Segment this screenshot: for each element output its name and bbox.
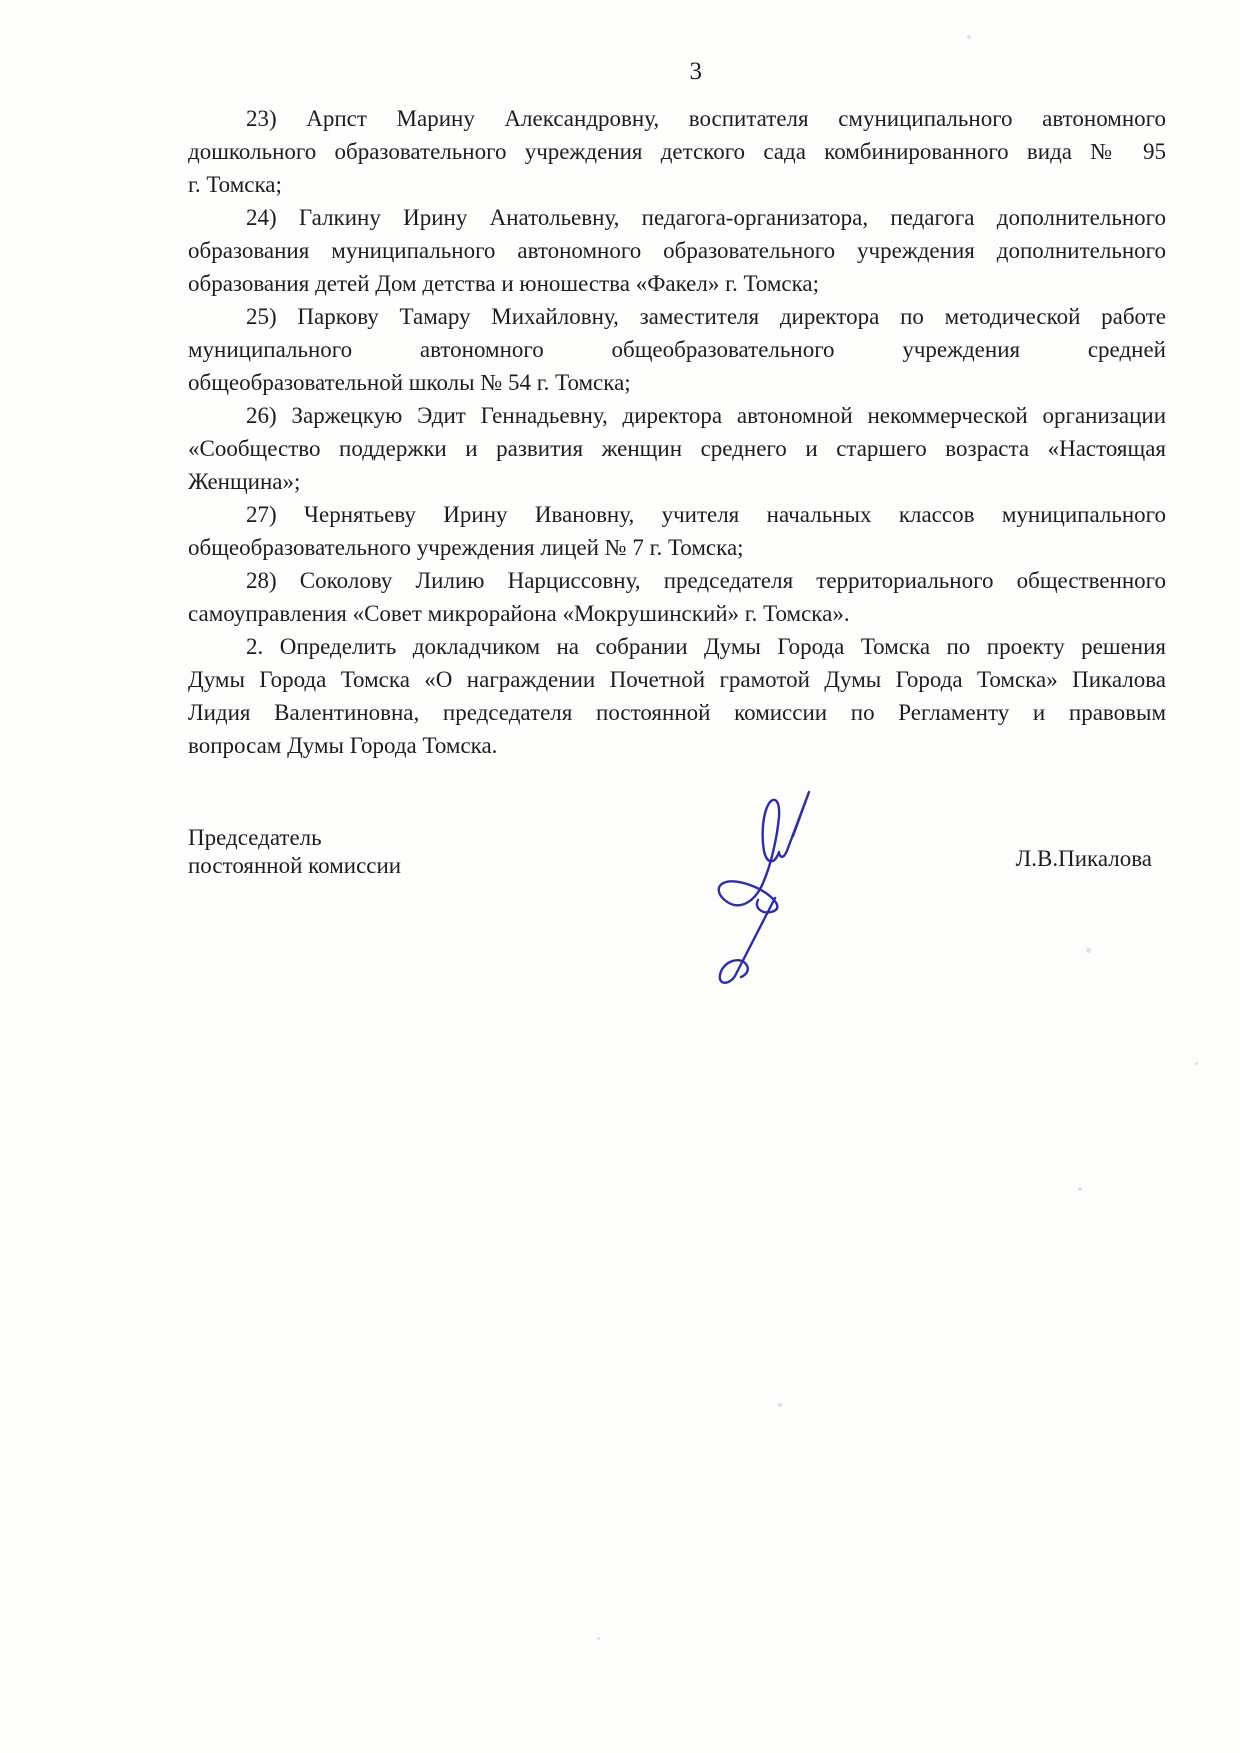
text-line: самоуправления «Совет микрорайона «Мокру… — [188, 597, 1166, 630]
paragraph-item-28: 28) Соколову Лилию Нарциссовну, председа… — [188, 564, 1166, 630]
text-line: Лидия Валентиновна, председателя постоян… — [188, 696, 1166, 729]
text-line: общеобразовательной школы № 54 г. Томска… — [188, 366, 1166, 399]
page-number: 3 — [188, 58, 1166, 86]
paragraph-point-2: 2. Определить докладчиком на собрании Ду… — [188, 630, 1166, 762]
text-line: 28) Соколову Лилию Нарциссовну, председа… — [188, 564, 1166, 597]
paragraph-item-27: 27) Чернятьеву Ирину Ивановну, учителя н… — [188, 498, 1166, 564]
scan-speck — [1078, 1187, 1082, 1191]
scan-speck — [1086, 948, 1091, 953]
signatory-name: Л.В.Пикалова — [188, 846, 1152, 872]
paragraph-item-24: 24) Галкину Ирину Анатольевну, педагога-… — [188, 201, 1166, 300]
document-page: 3 23) Арпст Марину Александровну, воспит… — [0, 0, 1240, 1753]
text-line: «Сообщество поддержки и развития женщин … — [188, 432, 1166, 465]
text-line: образования муниципального автономного о… — [188, 234, 1166, 267]
scan-speck — [1195, 1062, 1198, 1065]
text-line: муниципального автономного общеобразоват… — [188, 333, 1166, 366]
text-line: вопросам Думы Города Томска. — [188, 729, 1166, 762]
text-line: 23) Арпст Марину Александровну, воспитат… — [188, 102, 1166, 135]
paragraph-item-23: 23) Арпст Марину Александровну, воспитат… — [188, 102, 1166, 201]
handwritten-signature — [700, 786, 840, 1001]
text-line: Думы Города Томска «О награждении Почетн… — [188, 663, 1166, 696]
text-line: образования детей Дом детства и юношеств… — [188, 267, 1166, 300]
document-body: 23) Арпст Марину Александровну, воспитат… — [188, 102, 1166, 762]
text-line: 27) Чернятьеву Ирину Ивановну, учителя н… — [188, 498, 1166, 531]
paragraph-item-26: 26) Заржецкую Эдит Геннадьевну, директор… — [188, 399, 1166, 498]
text-line: 26) Заржецкую Эдит Геннадьевну, директор… — [188, 399, 1166, 432]
scan-speck — [778, 1403, 782, 1407]
paragraph-item-25: 25) Паркову Тамару Михайловну, заместите… — [188, 300, 1166, 399]
scan-speck — [967, 35, 971, 39]
text-line: 25) Паркову Тамару Михайловну, заместите… — [188, 300, 1166, 333]
text-line: дошкольного образовательного учреждения … — [188, 135, 1166, 168]
text-line: 24) Галкину Ирину Анатольевну, педагога-… — [188, 201, 1166, 234]
text-line: Женщина»; — [188, 465, 1166, 498]
text-line: общеобразовательного учреждения лицей № … — [188, 531, 1166, 564]
text-line: 2. Определить докладчиком на собрании Ду… — [188, 630, 1166, 663]
text-line: г. Томска; — [188, 168, 1166, 201]
scan-speck — [597, 1637, 600, 1640]
